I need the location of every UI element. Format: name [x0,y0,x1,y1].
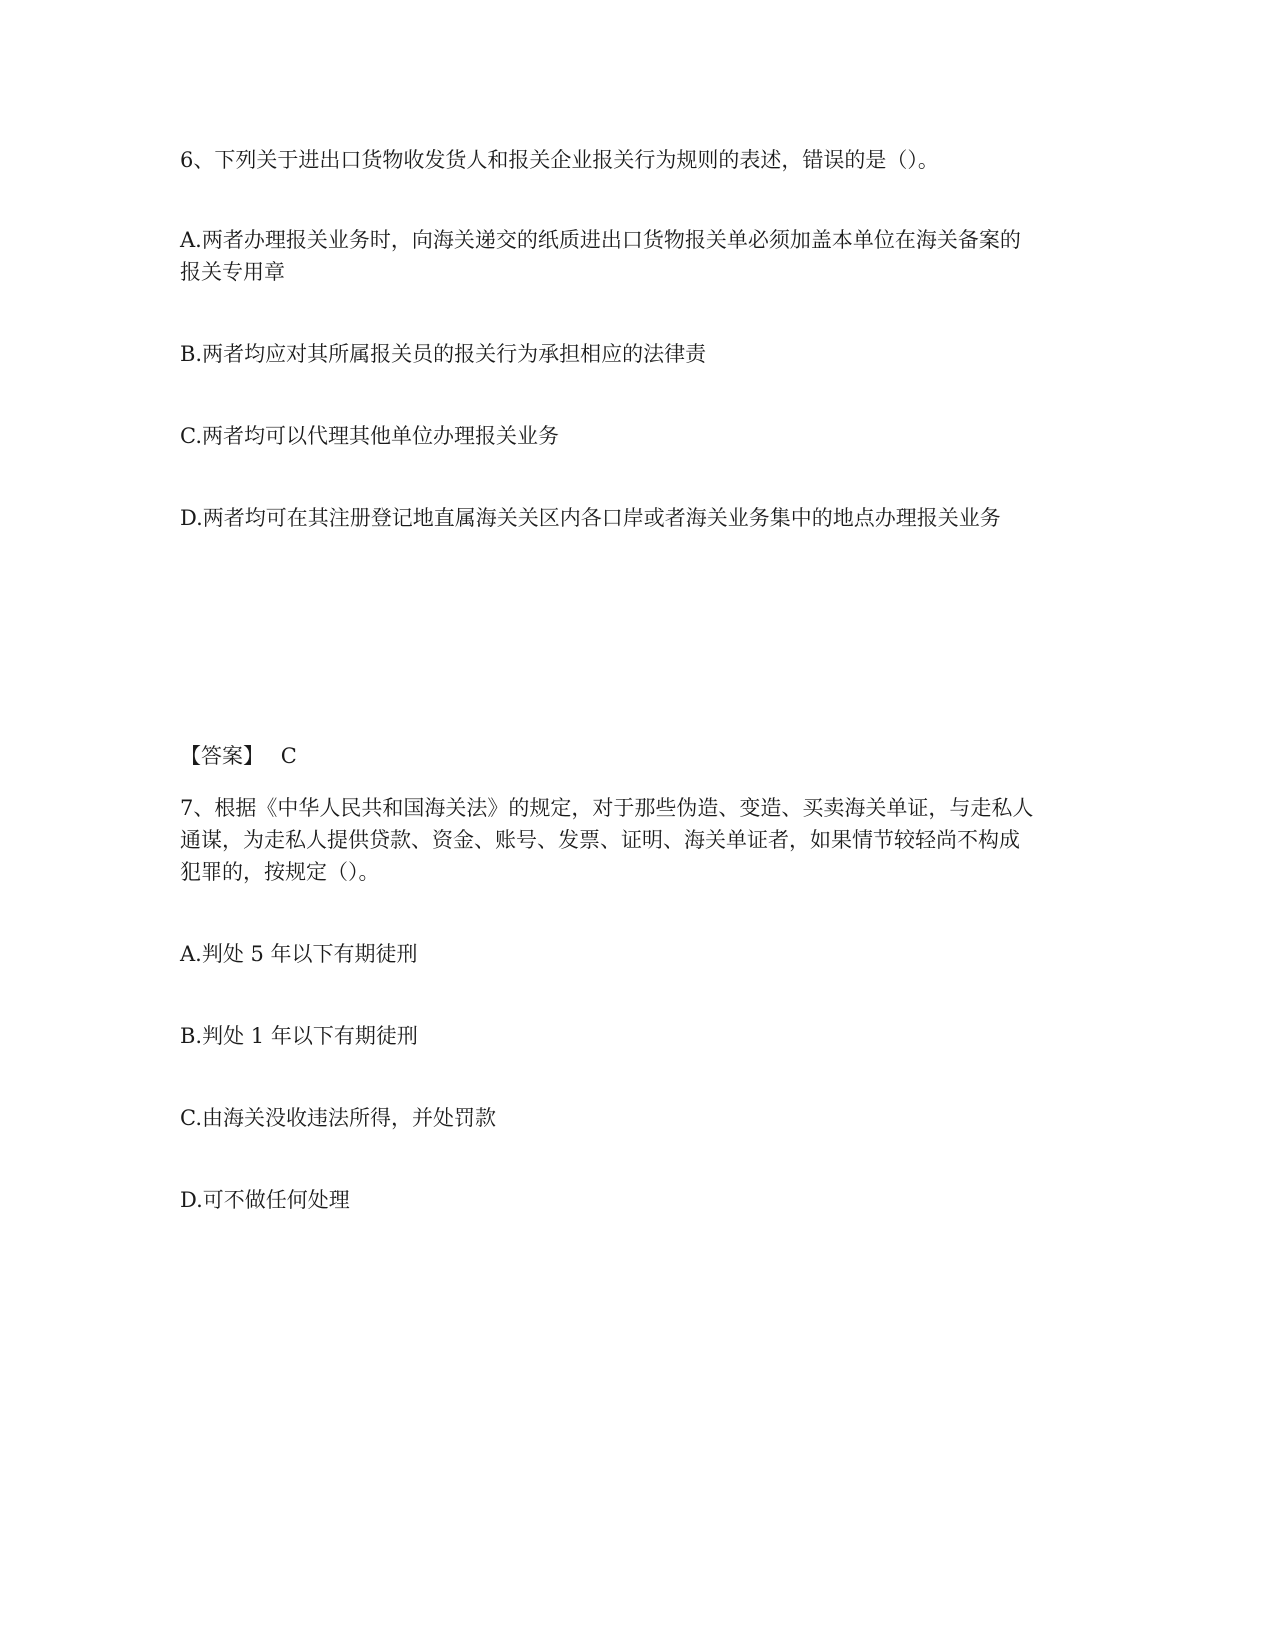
question-7-option-b: B.判处 1 年以下有期徒刑 [180,1020,418,1052]
question-7-option-c: C.由海关没收违法所得，并处罚款 [180,1102,496,1134]
question-6-option-a: A.两者办理报关业务时，向海关递交的纸质进出口货物报关单必须加盖本单位在海关备案… [180,224,1040,288]
question-6-answer: 【答案】 C [180,740,297,772]
question-7-option-a: A.判处 5 年以下有期徒刑 [180,938,418,970]
question-7-option-d: D.可不做任何处理 [180,1184,350,1216]
question-6-option-d: D.两者均可在其注册登记地直属海关关区内各口岸或者海关业务集中的地点办理报关业务 [180,502,1001,534]
question-6-option-b: B.两者均应对其所属报关员的报关行为承担相应的法律责 [180,338,706,370]
question-6-option-c: C.两者均可以代理其他单位办理报关业务 [180,420,559,452]
question-6-stem: 6、下列关于进出口货物收发货人和报关企业报关行为规则的表述，错误的是（）。 [180,144,939,176]
answer-value: C [281,744,297,768]
answer-label: 【答案】 [180,744,264,768]
question-7-stem: 7、根据《中华人民共和国海关法》的规定，对于那些伪造、变造、买卖海关单证，与走私… [180,792,1040,888]
